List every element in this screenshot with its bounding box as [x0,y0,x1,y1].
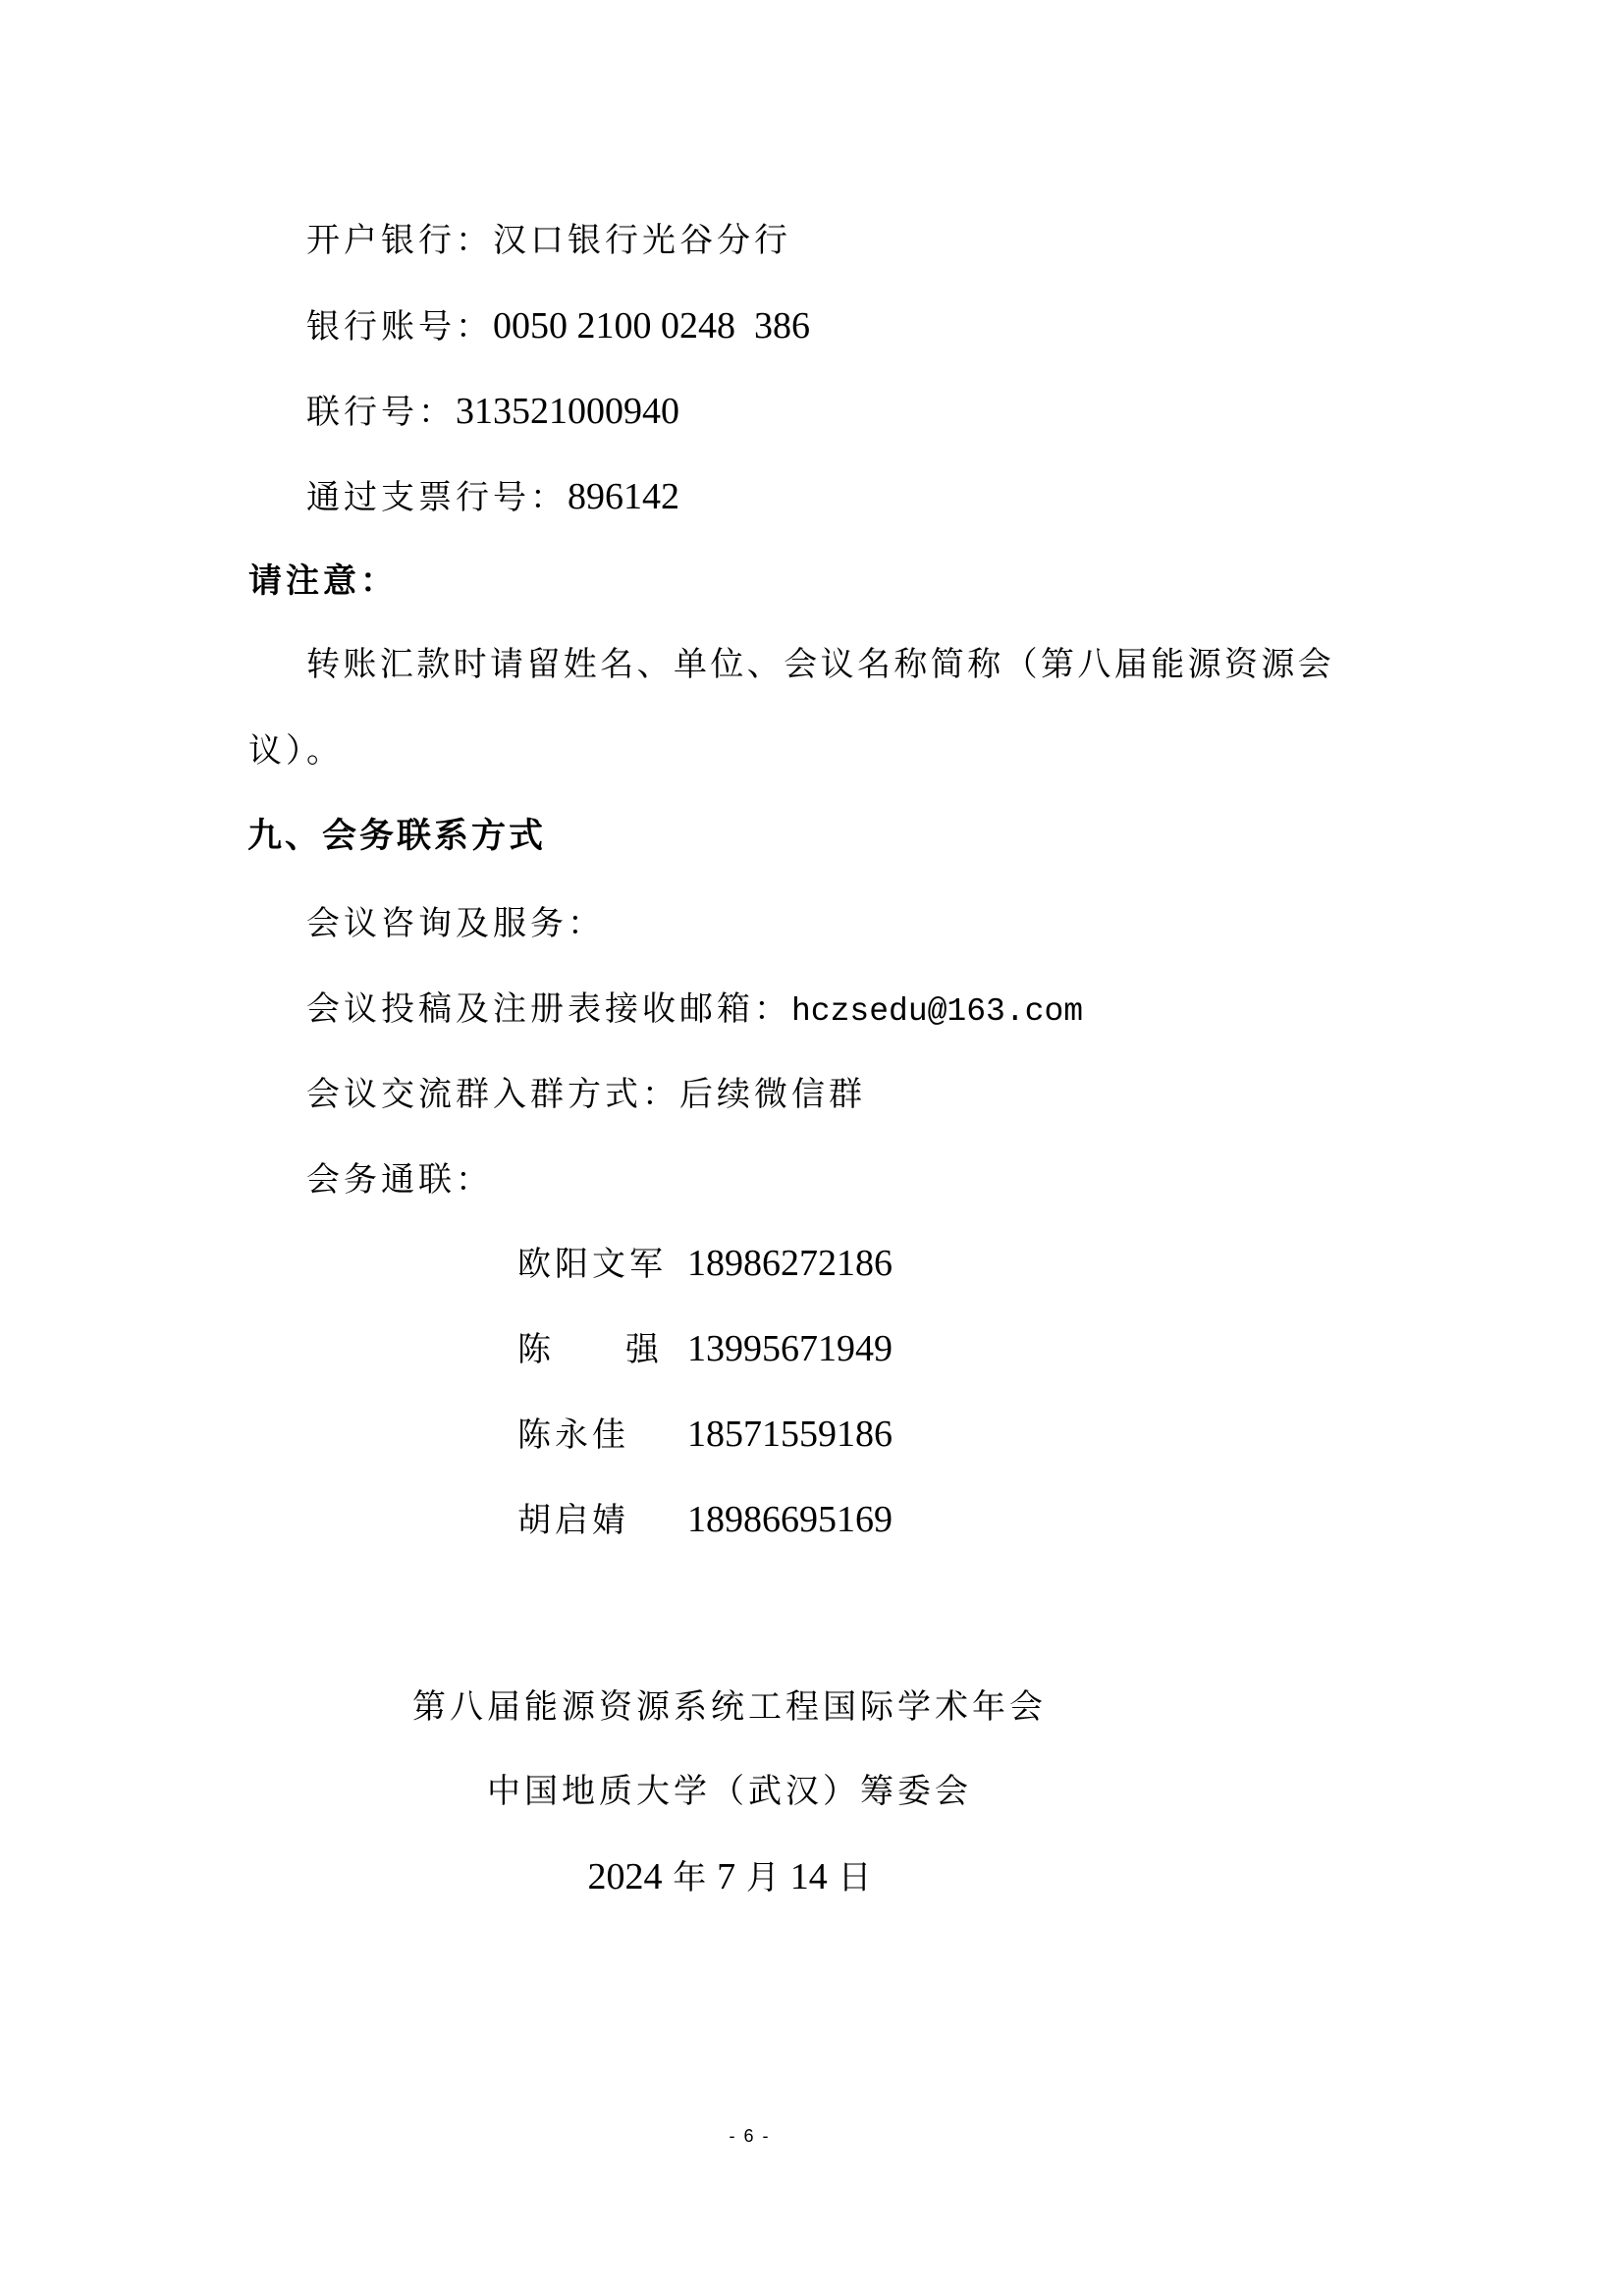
group-line: 会议交流群入群方式：后续微信群 [306,1078,866,1111]
group-label: 会议交流群入群方式： [306,1075,679,1114]
page-number: - 6 - [0,2126,1499,2147]
email-link[interactable]: hczsedu@163.com [791,993,1083,1030]
contact-name: 陈永佳 [517,1418,687,1452]
cheque-number-label: 通过支票行号： [306,478,568,517]
cheque-number-value: 896142 [568,476,679,517]
contact-name: 欧阳文军 [517,1248,687,1281]
bank-account-label: 银行账号： [306,307,493,347]
notice-text-line-1: 转账汇款时请留姓名、单位、会议名称简称（第八届能源资源会 [306,648,1334,681]
group-value: 后续微信群 [679,1075,866,1114]
union-number-label: 联行号： [306,393,456,432]
bank-account-line: 银行账号：0050 2100 0248 386 [306,309,810,344]
signature-committee: 中国地质大学（武汉）筹委会 [0,1775,1459,1808]
contact-phone: 18986695169 [687,1499,893,1540]
contact-phone: 18986272186 [687,1243,893,1284]
consult-line: 会议咨询及服务： [306,907,605,940]
liaison-line: 会务通联： [306,1163,493,1197]
date-year: 2024 [587,1856,662,1897]
notice-title: 请注意： [248,564,398,598]
date-day: 14 [790,1856,828,1897]
contact-name-last: 强 [625,1330,659,1369]
contact-phone: 13995671949 [687,1328,893,1369]
email-line: 会议投稿及注册表接收邮箱：hczsedu@163.com [306,992,1083,1029]
section-heading: 九、会务联系方式 [247,820,546,853]
contact-row: 欧阳文军18986272186 [517,1247,893,1281]
bank-name-label: 开户银行： [306,221,493,260]
contact-row: 陈强13995671949 [517,1332,893,1366]
contact-phone: 18571559186 [687,1414,893,1455]
notice-text-line-2: 议）。 [248,734,344,768]
date-month: 7 [717,1856,735,1897]
date-day-unit: 日 [839,1858,872,1897]
contact-row: 陈永佳18571559186 [517,1417,893,1452]
contact-row: 胡启婧18986695169 [517,1503,893,1537]
cheque-number-line: 通过支票行号：896142 [306,480,679,514]
contact-name: 胡启婧 [517,1504,687,1537]
union-number-value: 313521000940 [456,391,679,432]
bank-name-value: 汉口银行光谷分行 [493,221,791,260]
email-label: 会议投稿及注册表接收邮箱： [306,989,791,1029]
contact-name-first: 陈 [517,1330,551,1369]
signature-organization: 第八届能源资源系统工程国际学术年会 [0,1690,1459,1724]
bank-account-value: 0050 2100 0248 386 [493,305,810,347]
bank-name-line: 开户银行：汉口银行光谷分行 [306,224,791,257]
document-page: 开户银行：汉口银行光谷分行 银行账号：0050 2100 0248 386 联行… [0,0,1624,2296]
date-month-unit: 月 [746,1858,780,1897]
contact-name: 陈强 [517,1333,687,1366]
date-year-unit: 年 [673,1858,706,1897]
signature-date: 2024 年 7 月 14 日 [0,1860,1459,1895]
union-number-line: 联行号：313521000940 [306,395,679,429]
